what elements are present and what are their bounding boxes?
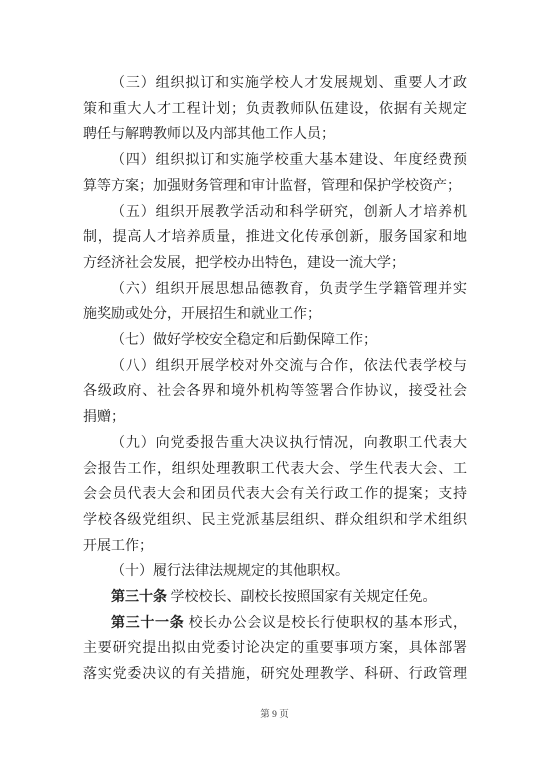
text-line: （六）组织开展思想品德教育，负责学生学籍管理并实 (83, 277, 467, 303)
text-line: 第三十一条 校长办公会议是校长行使职权的基本形式， (83, 611, 467, 637)
paragraph: （五）组织开展教学活动和科学研究，创新人才培养机制，提高人才培养质量，推进文化传… (83, 200, 467, 277)
text-run: 校长办公会议是校长行使职权的基本形式， (184, 616, 467, 631)
paragraph: （八）组织开展学校对外交流与合作，依法代表学校与各级政府、社会各界和境外机构等签… (83, 354, 467, 431)
paragraph: （四）组织拟订和实施学校重大基本建设、年度经费预算等方案；加强财务管理和审计监督… (83, 148, 467, 199)
text-line: 制，提高人才培养质量，推进文化传承创新，服务国家和地 (83, 225, 467, 251)
text-line: 施奖励或处分，开展招生和就业工作； (83, 302, 467, 328)
paragraph: （三）组织拟订和实施学校人才发展规划、重要人才政策和重大人才工程计划；负责教师队… (83, 71, 467, 148)
text-line: 各级政府、社会各界和境外机构等签署合作协议，接受社会 (83, 379, 467, 405)
text-line: 策和重大人才工程计划；负责教师队伍建设，依据有关规定 (83, 97, 467, 123)
article-number: 第三十条 (111, 590, 167, 605)
article-number: 第三十一条 (111, 616, 184, 631)
text-line: 学校各级党组织、民主党派基层组织、群众组织和学术组织 (83, 508, 467, 534)
text-line: （七）做好学校安全稳定和后勤保障工作； (83, 328, 467, 354)
paragraph: （九）向党委报告重大决议执行情况，向教职工代表大会报告工作，组织处理教职工代表大… (83, 431, 467, 560)
paragraph: 第三十条 学校校长、副校长按照国家有关规定任免。 (83, 585, 467, 611)
text-line: 会报告工作，组织处理教职工代表大会、学生代表大会、工 (83, 457, 467, 483)
document-body: （三）组织拟订和实施学校人才发展规划、重要人才政策和重大人才工程计划；负责教师队… (83, 71, 467, 688)
text-line: （四）组织拟订和实施学校重大基本建设、年度经费预 (83, 148, 467, 174)
text-line: 会会员代表大会和团员代表大会有关行政工作的提案；支持 (83, 482, 467, 508)
text-line: 算等方案；加强财务管理和审计监督，管理和保护学校资产； (83, 174, 467, 200)
paragraph: （六）组织开展思想品德教育，负责学生学籍管理并实施奖励或处分，开展招生和就业工作… (83, 277, 467, 328)
text-line: 方经济社会发展，把学校办出特色，建设一流大学； (83, 251, 467, 277)
text-line: （九）向党委报告重大决议执行情况，向教职工代表大 (83, 431, 467, 457)
page: （三）组织拟订和实施学校人才发展规划、重要人才政策和重大人才工程计划；负责教师队… (0, 0, 549, 777)
paragraph: （七）做好学校安全稳定和后勤保障工作； (83, 328, 467, 354)
page-number: 第 9 页 (260, 710, 289, 720)
text-line: （五）组织开展教学活动和科学研究，创新人才培养机 (83, 200, 467, 226)
paragraph: 第三十一条 校长办公会议是校长行使职权的基本形式，主要研究提出拟由党委讨论决定的… (83, 611, 467, 688)
text-line: 捐赠； (83, 405, 467, 431)
text-line: 开展工作； (83, 534, 467, 560)
text-line: 落实党委决议的有关措施，研究处理教学、科研、行政管理 (83, 662, 467, 688)
document-page: { "page": { "footer": "第 9 页", "paragrap… (0, 0, 549, 777)
text-line: 主要研究提出拟由党委讨论决定的重要事项方案，具体部署 (83, 636, 467, 662)
page-footer: 第 9 页 (0, 706, 549, 720)
text-run: 学校校长、副校长按照国家有关规定任免。 (167, 590, 437, 605)
text-line: （十）履行法律法规规定的其他职权。 (83, 559, 467, 585)
text-line: 第三十条 学校校长、副校长按照国家有关规定任免。 (83, 585, 467, 611)
text-line: 聘任与解聘教师以及内部其他工作人员； (83, 122, 467, 148)
text-line: （三）组织拟订和实施学校人才发展规划、重要人才政 (83, 71, 467, 97)
paragraph: （十）履行法律法规规定的其他职权。 (83, 559, 467, 585)
text-line: （八）组织开展学校对外交流与合作，依法代表学校与 (83, 354, 467, 380)
